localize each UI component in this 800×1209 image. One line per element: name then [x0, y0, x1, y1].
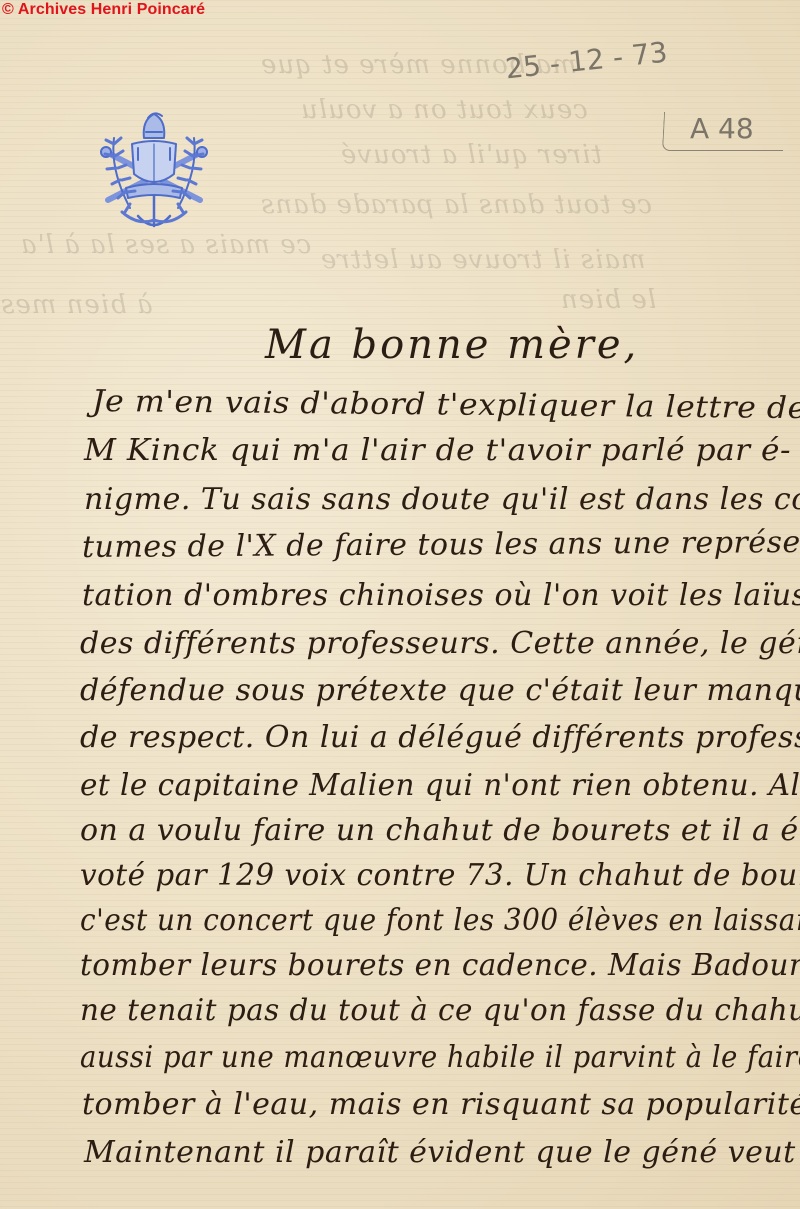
bleed-through-text: tirer qu'il a trouvé — [340, 140, 602, 170]
copyright-label: © Archives Henri Poincaré — [2, 1, 205, 19]
letter-line: c'est un concert que font les 300 élèves… — [80, 903, 800, 938]
letter-line: et le capitaine Malien qui n'ont rien ob… — [80, 768, 800, 803]
pencil-date-annotation: 25 - 12 - 73 — [504, 36, 669, 86]
letter-page: ma bonne mère et que ceux tout on a voul… — [0, 0, 800, 1209]
letter-line: ne tenait pas du tout à ce qu'on fasse d… — [80, 993, 800, 1028]
letter-line: tation d'ombres chinoises où l'on voit l… — [82, 578, 800, 613]
bleed-through-text: à bien mes — [0, 290, 153, 320]
letter-line: Maintenant il paraît évident que le géné… — [84, 1135, 796, 1170]
letter-line: Je m'en vais d'abord t'expliquer la lett… — [92, 384, 800, 426]
letter-line: M Kinck qui m'a l'air de t'avoir parlé p… — [84, 433, 791, 468]
bleed-through-text: ce tout dans la parade dans — [260, 190, 652, 220]
letter-line: de respect. On lui a délégué différents … — [80, 720, 800, 755]
archive-reference-number: A 48 — [690, 112, 754, 145]
bleed-through-text: le bien — [560, 285, 656, 315]
bleed-through-text: ceux tout on a voulu — [300, 95, 588, 125]
letter-line: voté par 129 voix contre 73. Un chahut d… — [80, 858, 800, 893]
letter-line: on a voulu faire un chahut de bourets et… — [80, 813, 800, 848]
naval-crest-icon — [92, 108, 216, 238]
letter-line: aussi par une manœuvre habile il parvint… — [80, 1040, 800, 1075]
letter-line: tomber à l'eau, mais en risquant sa popu… — [82, 1087, 800, 1122]
bleed-through-text: mais il trouve au lettre — [320, 245, 646, 275]
letter-line: des différents professeurs. Cette année,… — [80, 626, 800, 661]
letter-line: nigme. Tu sais sans doute qu'il est dans… — [84, 482, 800, 517]
letter-line: tumes de l'X de faire tous les ans une r… — [82, 525, 800, 565]
letter-salutation: Ma bonne mère, — [265, 322, 639, 368]
letter-line: défendue sous prétexte que c'était leur … — [80, 673, 800, 708]
letter-line: tomber leurs bourets en cadence. Mais Ba… — [80, 948, 800, 983]
